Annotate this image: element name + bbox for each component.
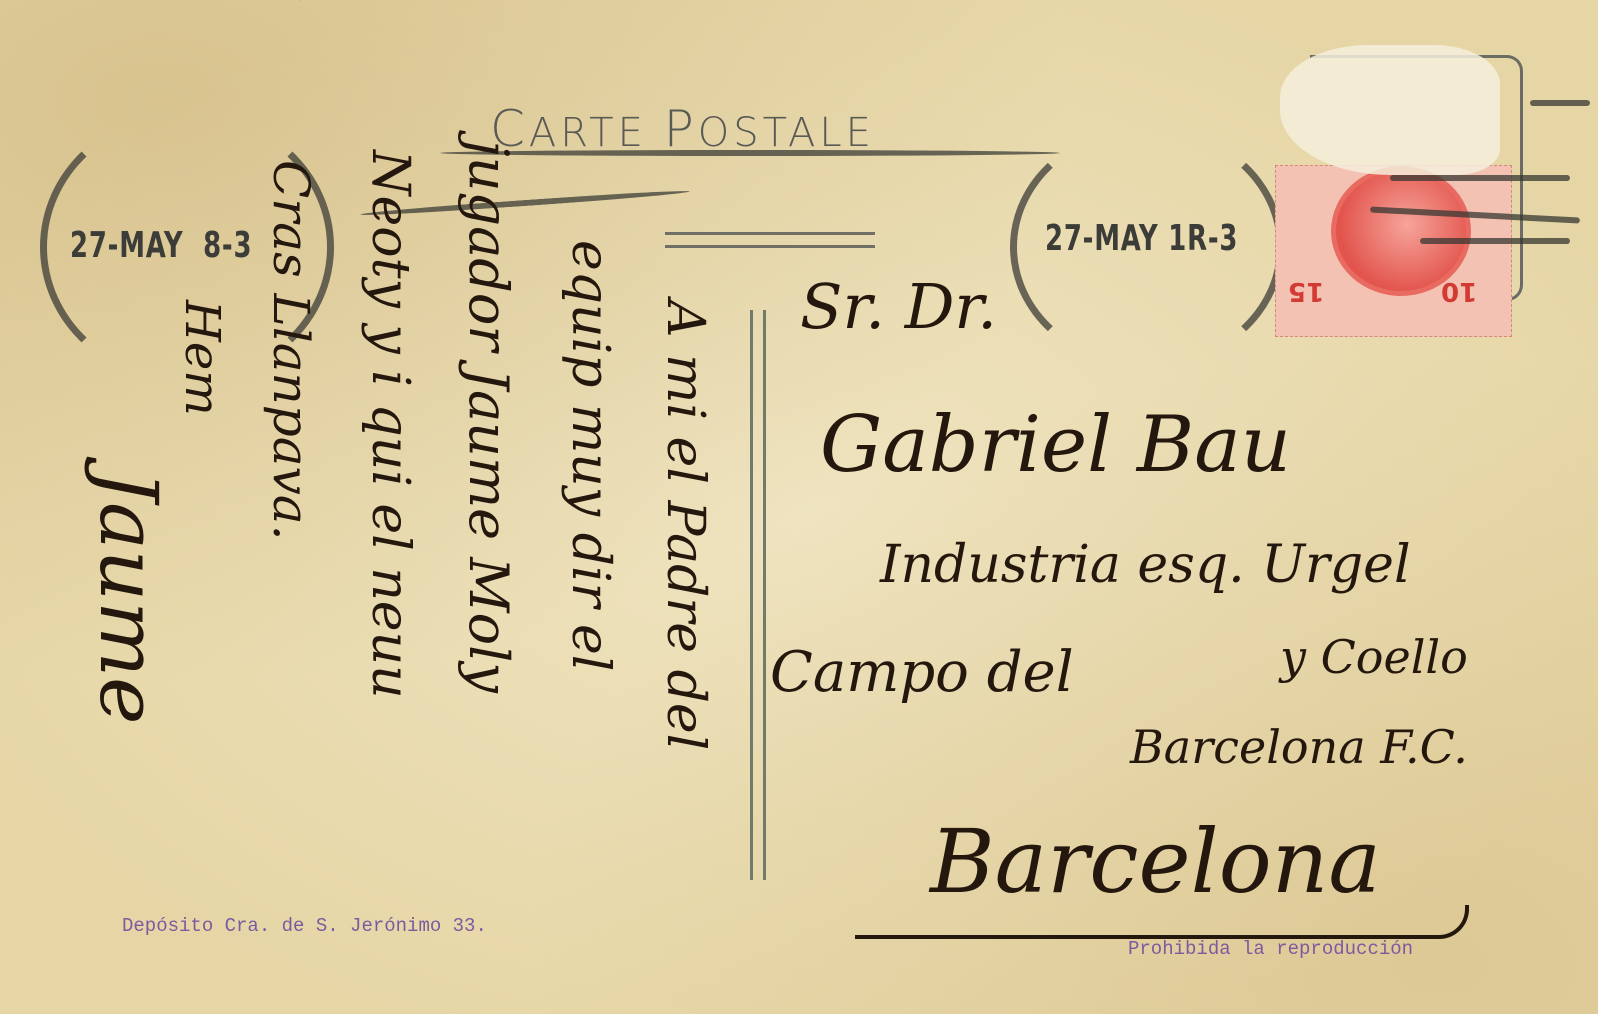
stamp-torn-area bbox=[1280, 45, 1500, 175]
address-salutation: Sr. Dr. bbox=[800, 270, 997, 343]
signature: Jaume bbox=[82, 470, 175, 725]
publisher-imprint: Depósito Cra. de S. Jerónimo 33. bbox=[122, 915, 487, 937]
message-line: jugador Jaume Moly bbox=[457, 140, 520, 693]
cancel-bar bbox=[1420, 238, 1570, 244]
message-line: Cras Llanpava. bbox=[262, 160, 320, 541]
address-line-cross-street: y Coello bbox=[1280, 630, 1468, 684]
postmark-right-date: 27-MAY 1R-3 bbox=[1045, 218, 1238, 259]
stamp-denomination-right: 10 bbox=[1441, 276, 1477, 306]
message-line: Neoty y i qui el neuu bbox=[360, 150, 420, 699]
vertical-divider bbox=[750, 310, 766, 880]
address-name: Gabriel Bau bbox=[820, 400, 1291, 490]
address-line-street: Industria esq. Urgel bbox=[880, 535, 1411, 595]
cancel-bar bbox=[1530, 100, 1590, 106]
title-word-arte: ARTE bbox=[529, 110, 664, 156]
city-underline-flourish bbox=[855, 905, 1469, 939]
paper-crease bbox=[300, 0, 467, 77]
message-line: Hem bbox=[174, 300, 230, 416]
postmark-left-date: 27-MAY 8-3 bbox=[70, 225, 252, 266]
horizontal-divider bbox=[665, 232, 875, 248]
cancellation-wave bbox=[440, 150, 1060, 156]
postage-stamp: 15 10 bbox=[1275, 165, 1512, 337]
cancel-bar bbox=[1390, 175, 1570, 181]
stamp-denomination-left: 15 bbox=[1288, 276, 1324, 306]
message-line: A mi el Padre del bbox=[655, 300, 715, 750]
message-line: equip muy dir el bbox=[560, 240, 620, 671]
address-line-club: Barcelona F.C. bbox=[1130, 720, 1468, 774]
postcard-back: CARTE POSTALE 27-MAY 8-3 27-MAY 1R-3 15 … bbox=[0, 0, 1598, 1014]
reproduction-notice: Prohibida la reproducción bbox=[1128, 938, 1413, 960]
address-line-venue: Campo del bbox=[770, 640, 1074, 705]
address-city: Barcelona bbox=[930, 810, 1381, 913]
